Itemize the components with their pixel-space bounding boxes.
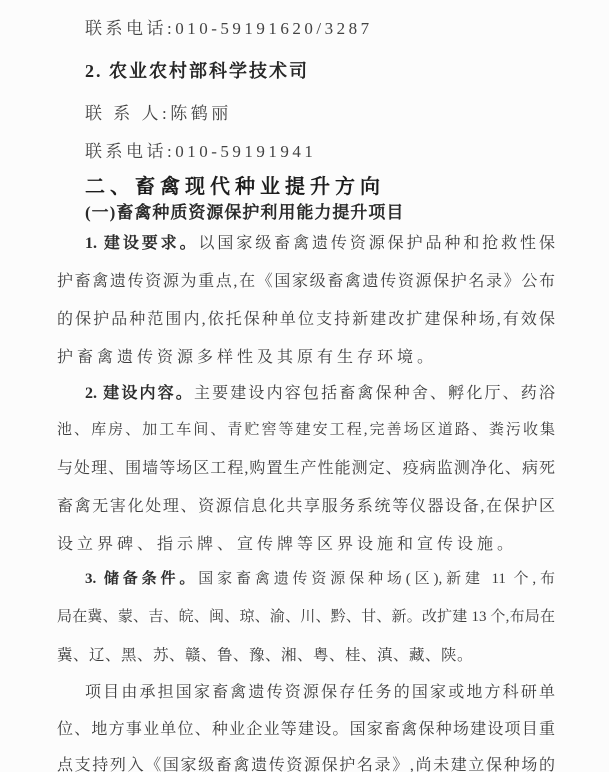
department-heading: 2. 农业农村部科学技术司	[85, 60, 309, 83]
paragraph-2-line-2: 池、库房、加工车间、青贮窖等建安工程,完善场区道路、粪污收集	[57, 421, 555, 445]
paragraph-2-line-5: 设立界碑、指示牌、宣传牌等区界设施和宣传设施。	[57, 535, 517, 556]
paragraph-4-line-1: 项目由承担国家畜禽遗传资源保存任务的国家或地方科研单	[85, 683, 555, 707]
paragraph-3-line-3: 冀、辽、黑、苏、赣、鲁、豫、湘、粤、桂、滇、藏、陕。	[57, 646, 473, 666]
paragraph-2-line-1: 2. 建设内容。主要建设内容包括畜禽保种舍、孵化厅、药浴	[85, 384, 555, 408]
section-heading: 二、畜禽现代种业提升方向	[85, 174, 385, 200]
paragraph-3-lead: 3. 储备条件。	[85, 571, 198, 587]
paragraph-4-line-3: 点支持列入《国家级畜禽遗传资源保护名录》,尚未建立保种场的	[57, 756, 555, 772]
contact-phone-line-1: 联系电话:010-59191620/3287	[85, 18, 373, 40]
document-page: 联系电话:010-59191620/3287 2. 农业农村部科学技术司 联 系…	[0, 0, 609, 772]
paragraph-2-lead: 2. 建设内容。	[85, 385, 194, 402]
paragraph-3-text-1: 国家畜禽遗传资源保种场(区),新建 11 个,布	[198, 571, 555, 587]
contact-person-line: 联 系 人:陈鹤丽	[85, 103, 232, 125]
paragraph-4-line-2: 位、地方事业单位、种业企业等建设。国家畜禽保种场建设项目重	[57, 720, 555, 744]
paragraph-1-line-4: 护畜禽遗传资源多样性及其原有生存环境。	[57, 348, 437, 369]
paragraph-2-text-1: 主要建设内容包括畜禽保种舍、孵化厅、药浴	[194, 385, 555, 402]
paragraph-3-line-2: 局在冀、蒙、吉、皖、闽、琼、渝、川、黔、甘、新。改扩建 13 个,布局在	[57, 608, 555, 632]
paragraph-1-line-1: 1. 建设要求。以国家级畜禽遗传资源保护品种和抢救性保	[85, 234, 555, 258]
paragraph-2-line-4: 畜禽无害化处理、资源信息化共享服务系统等仪器设备,在保护区	[57, 497, 555, 521]
paragraph-1-line-2: 护畜禽遗传资源为重点,在《国家级畜禽遗传资源保护名录》公布	[57, 272, 555, 296]
paragraph-2-line-3: 与处理、围墙等场区工程,购置生产性能测定、疫病监测净化、病死	[57, 459, 555, 483]
contact-phone-line-2: 联系电话:010-59191941	[85, 141, 316, 163]
paragraph-1-lead: 1. 建设要求。	[85, 235, 199, 252]
paragraph-1-line-3: 的保护品种范围内,依托保种单位支持新建改扩建保种场,有效保	[57, 310, 555, 334]
subsection-heading: (一)畜禽种质资源保护利用能力提升项目	[85, 202, 404, 224]
paragraph-1-text-1: 以国家级畜禽遗传资源保护品种和抢救性保	[199, 235, 555, 252]
paragraph-3-line-1: 3. 储备条件。国家畜禽遗传资源保种场(区),新建 11 个,布	[85, 570, 555, 594]
